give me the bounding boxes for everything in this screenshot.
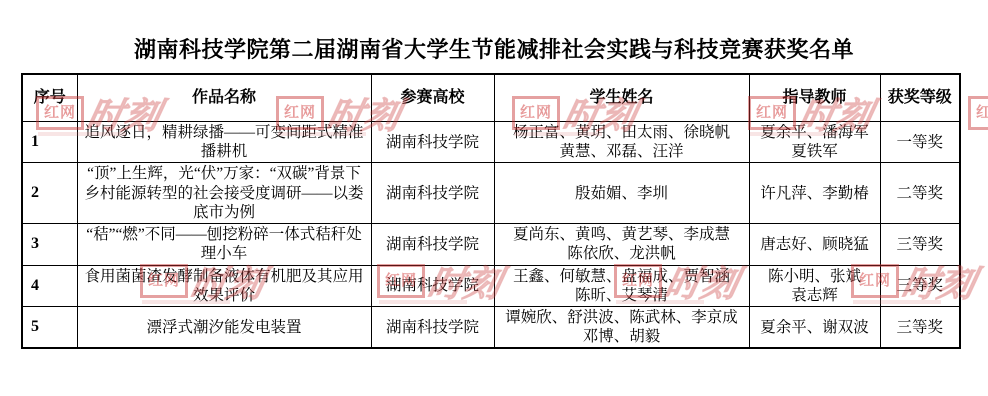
teachers-cell: 夏余平、谢双波 [749, 306, 880, 348]
row-number: 5 [22, 306, 77, 348]
work-title: 食用菌菌渣发酵制备液体有机肥及其应用效果评价 [77, 265, 371, 306]
students-line: 陈依欣、龙洪帆 [498, 244, 746, 263]
teachers-line: 袁志辉 [753, 286, 877, 305]
teachers-line: 唐志好、顾晓猛 [753, 235, 877, 254]
work-title: 追风逐日，精耕绿播——可变间距式精准播耕机 [77, 122, 371, 163]
teachers-cell: 许凡萍、李勤椿 [749, 163, 880, 224]
col-header-teachers: 指导教师 [749, 74, 880, 122]
school-name: 湖南科技学院 [371, 224, 494, 265]
rednet-logo-icon: 红网 [968, 96, 988, 130]
students-line: 殷茹媚、李圳 [498, 184, 746, 203]
students-cell: 王鑫、何敏慧、盘福成、贾智涵 陈昕、艾琴清 [494, 265, 749, 306]
row-number: 2 [22, 163, 77, 224]
award-level: 三等奖 [880, 306, 960, 348]
table-row: 3 “秸”“燃”不同——刨挖粉碎一体式秸秆处理小车 湖南科技学院 夏尚东、黄鸣、… [22, 224, 960, 265]
teachers-line: 夏铁军 [753, 142, 877, 161]
table-row: 5 漂浮式潮汐能发电装置 湖南科技学院 谭婉欣、舒洪波、陈武林、李京成 邓博、胡… [22, 306, 960, 348]
students-line: 谭婉欣、舒洪波、陈武林、李京成 [498, 308, 746, 327]
students-cell: 谭婉欣、舒洪波、陈武林、李京成 邓博、胡毅 [494, 306, 749, 348]
teachers-line: 陈小明、张斌 [753, 267, 877, 286]
teachers-line: 夏余平、谢双波 [753, 318, 877, 337]
students-cell: 杨正富、黄玥、田太雨、徐晓帆 黄慧、邓磊、汪洋 [494, 122, 749, 163]
row-number: 3 [22, 224, 77, 265]
teachers-line: 许凡萍、李勤椿 [753, 184, 877, 203]
teachers-cell: 陈小明、张斌 袁志辉 [749, 265, 880, 306]
rednet-watermark: 红网 [968, 90, 988, 148]
col-header-index: 序号 [22, 74, 77, 122]
school-name: 湖南科技学院 [371, 306, 494, 348]
award-level: 三等奖 [880, 224, 960, 265]
students-line: 陈昕、艾琴清 [498, 286, 746, 305]
award-level: 三等奖 [880, 265, 960, 306]
header-row: 序号 作品名称 参赛高校 学生姓名 指导教师 获奖等级 [22, 74, 960, 122]
row-number: 4 [22, 265, 77, 306]
school-name: 湖南科技学院 [371, 163, 494, 224]
work-title: “秸”“燃”不同——刨挖粉碎一体式秸秆处理小车 [77, 224, 371, 265]
page-title: 湖南科技学院第二届湖南省大学生节能减排社会实践与科技竞赛获奖名单 [0, 33, 988, 64]
col-header-award: 获奖等级 [880, 74, 960, 122]
students-line: 夏尚东、黄鸣、黄艺琴、李成慧 [498, 225, 746, 244]
students-line: 黄慧、邓磊、汪洋 [498, 142, 746, 161]
award-level: 一等奖 [880, 122, 960, 163]
students-cell: 殷茹媚、李圳 [494, 163, 749, 224]
award-level: 二等奖 [880, 163, 960, 224]
work-title: “顶”上生辉，光“伏”万家：“双碳”背景下乡村能源转型的社会接受度调研——以娄底… [77, 163, 371, 224]
teachers-line: 夏余平、潘海军 [753, 123, 877, 142]
award-table: 序号 作品名称 参赛高校 学生姓名 指导教师 获奖等级 1 追风逐日，精耕绿播—… [21, 73, 961, 349]
col-header-school: 参赛高校 [371, 74, 494, 122]
students-line: 邓博、胡毅 [498, 327, 746, 346]
students-line: 杨正富、黄玥、田太雨、徐晓帆 [498, 123, 746, 142]
school-name: 湖南科技学院 [371, 122, 494, 163]
table-row: 1 追风逐日，精耕绿播——可变间距式精准播耕机 湖南科技学院 杨正富、黄玥、田太… [22, 122, 960, 163]
students-line: 王鑫、何敏慧、盘福成、贾智涵 [498, 267, 746, 286]
award-list-page: 湖南科技学院第二届湖南省大学生节能减排社会实践与科技竞赛获奖名单 序号 作品名称… [0, 0, 988, 396]
table-row: 2 “顶”上生辉，光“伏”万家：“双碳”背景下乡村能源转型的社会接受度调研——以… [22, 163, 960, 224]
teachers-cell: 唐志好、顾晓猛 [749, 224, 880, 265]
col-header-students: 学生姓名 [494, 74, 749, 122]
table-row: 4 食用菌菌渣发酵制备液体有机肥及其应用效果评价 湖南科技学院 王鑫、何敏慧、盘… [22, 265, 960, 306]
school-name: 湖南科技学院 [371, 265, 494, 306]
work-title: 漂浮式潮汐能发电装置 [77, 306, 371, 348]
students-cell: 夏尚东、黄鸣、黄艺琴、李成慧 陈依欣、龙洪帆 [494, 224, 749, 265]
teachers-cell: 夏余平、潘海军 夏铁军 [749, 122, 880, 163]
row-number: 1 [22, 122, 77, 163]
col-header-work: 作品名称 [77, 74, 371, 122]
